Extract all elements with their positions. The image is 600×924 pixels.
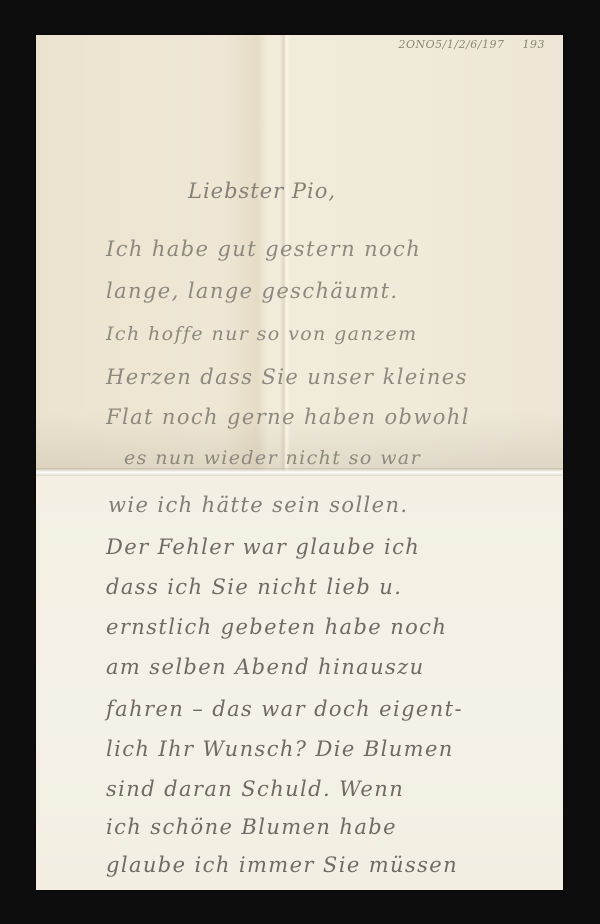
letter-paper: 2ONO5/1/2/6/197 193 Liebster Pio, Ich ha… [36,35,563,890]
letter-line: es nun wieder nicht so war [124,447,421,469]
letter-line: Herzen dass Sie unser kleines [106,365,468,389]
letter-line: am selben Abend hinauszu [106,655,425,679]
letter-line: ernstlich gebeten habe noch [106,615,447,639]
letter-line: lange, lange geschäumt. [106,279,399,303]
letter-line: Der Fehler war glaube ich [106,535,420,559]
letter-body: Liebster Pio, Ich habe gut gestern noch … [36,35,563,890]
letter-line: Ich habe gut gestern noch [106,237,421,261]
letter-line: Ich hoffe nur so von ganzem [106,323,418,345]
letter-line: lich Ihr Wunsch? Die Blumen [106,737,454,761]
letter-line: dass ich Sie nicht lieb u. [106,575,402,599]
letter-line: sind daran Schuld. Wenn [106,777,404,801]
scan-background: 2ONO5/1/2/6/197 193 Liebster Pio, Ich ha… [0,0,600,924]
letter-salutation: Liebster Pio, [188,179,336,203]
letter-line: ich schöne Blumen habe [106,815,397,839]
letter-line: glaube ich immer Sie müssen [106,853,458,877]
letter-line: Flat noch gerne haben obwohl [106,405,470,429]
letter-line: wie ich hätte sein sollen. [108,493,409,517]
letter-line: fahren – das war doch eigent- [106,697,463,721]
